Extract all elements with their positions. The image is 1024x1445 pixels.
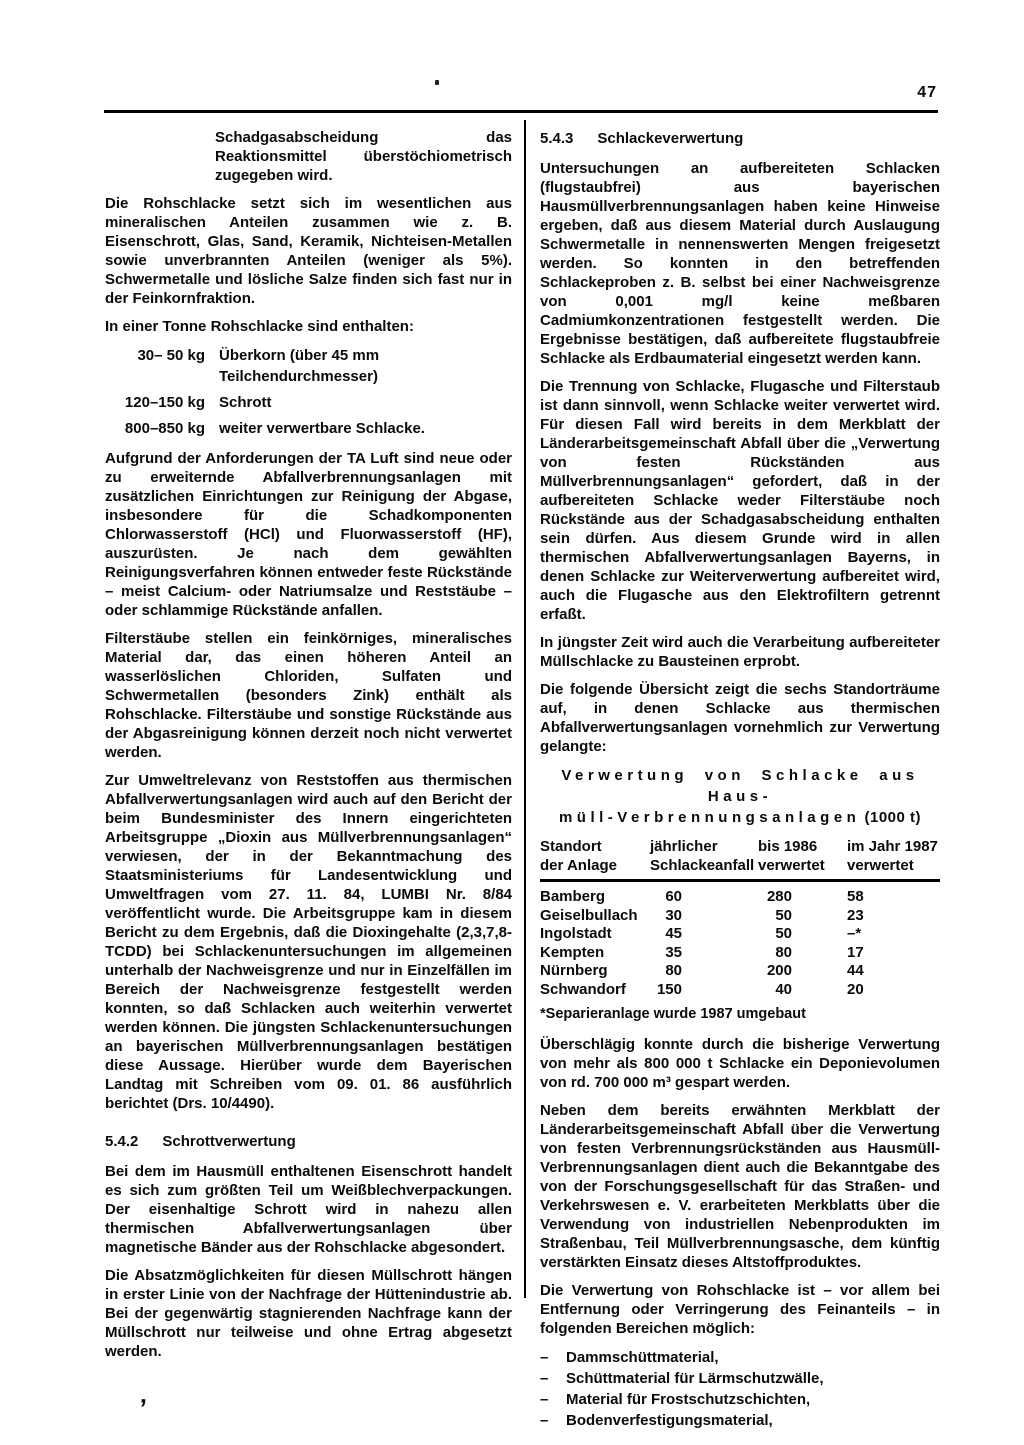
paragraph-verwertung-rohschlacke: Die Verwertung von Rohschlacke ist – vor… <box>540 1281 940 1338</box>
right-column: 5.4.3Schlackeverwertung Untersuchungen a… <box>540 128 940 1431</box>
cell-1987: 17 <box>847 944 940 963</box>
cell-anfall: 150 <box>650 981 758 1000</box>
dash-bullet: – <box>540 1368 566 1389</box>
table-title: Verwertung von Schlacke aus Haus- müll-V… <box>540 765 940 828</box>
cell-1987: 58 <box>847 881 940 907</box>
column-divider <box>524 120 526 1298</box>
paragraph-umweltrelevanz: Zur Umweltrelevanz von Reststoffen aus t… <box>105 771 512 1113</box>
cell-anfall: 80 <box>650 962 758 981</box>
list-item: – Bodenverfestigungsmaterial, <box>540 1410 940 1431</box>
list-item: – Material für Frostschutzschichten, <box>540 1389 940 1410</box>
cell-1987: –* <box>847 925 940 944</box>
quantity-description: Überkorn (über 45 mm Teilchendurchmesser… <box>205 345 512 387</box>
paragraph-tonne-intro: In einer Tonne Rohschlacke sind enthalte… <box>105 317 512 336</box>
table-row: Bamberg 60 280 58 <box>540 881 940 907</box>
cell-1987: 20 <box>847 981 940 1000</box>
cell-anfall: 45 <box>650 925 758 944</box>
section-title: Schlackeverwertung <box>597 130 743 147</box>
slag-utilization-table: Standortder Anlage jährlicherSchlackeanf… <box>540 837 940 999</box>
table-footnote: *Separieranlage wurde 1987 umgebaut <box>540 1005 940 1024</box>
dash-bullet: – <box>540 1347 566 1368</box>
quantity-description: Schrott <box>205 392 512 413</box>
cell-bis1986: 200 <box>758 962 847 981</box>
section-number: 5.4.3 <box>540 130 573 147</box>
table-header-row: Standortder Anlage jährlicherSchlackeanf… <box>540 837 940 881</box>
two-column-layout: Schadgasabscheidung das Reaktionsmittel … <box>105 128 940 1431</box>
cell-anfall: 35 <box>650 944 758 963</box>
cell-standort: Nürnberg <box>540 962 650 981</box>
column-header-1987: im Jahr 1987verwertet <box>847 837 940 881</box>
scan-speck <box>435 80 439 85</box>
contents-list: 30– 50 kg Überkorn (über 45 mm Teilchend… <box>105 345 512 439</box>
cell-standort: Geiselbullach <box>540 907 650 926</box>
scanned-document-page: 47 Schadgasabscheidung das Reaktionsmitt… <box>0 0 1024 1445</box>
list-item: 800–850 kg weiter verwertbare Schlacke. <box>105 418 512 439</box>
table-row: Nürnberg 80 200 44 <box>540 962 940 981</box>
paragraph-ta-luft: Aufgrund der Anforderungen der TA Luft s… <box>105 449 512 620</box>
cell-bis1986: 80 <box>758 944 847 963</box>
table-title-line2: müll-Verbrennungsanlagen <box>559 809 860 826</box>
usage-list: – Dammschüttmaterial, – Schüttmaterial f… <box>540 1347 940 1431</box>
cell-anfall: 30 <box>650 907 758 926</box>
cell-standort: Kempten <box>540 944 650 963</box>
dash-bullet: – <box>540 1410 566 1431</box>
page-number: 47 <box>880 83 937 102</box>
cell-1987: 44 <box>847 962 940 981</box>
paragraph-merkblatt: Neben dem bereits erwähnten Merkblatt de… <box>540 1101 940 1272</box>
paragraph-untersuchungen: Untersuchungen an aufbereiteten Schlacke… <box>540 159 940 368</box>
left-column: Schadgasabscheidung das Reaktionsmittel … <box>105 128 512 1370</box>
paragraph-rohschlacke: Die Rohschlacke setzt sich im wesentlich… <box>105 194 512 308</box>
cell-anfall: 60 <box>650 881 758 907</box>
cell-standort: Bamberg <box>540 881 650 907</box>
dash-bullet: – <box>540 1389 566 1410</box>
section-heading-5-4-2: 5.4.2Schrottverwertung <box>105 1132 512 1151</box>
header-rule <box>104 110 938 113</box>
paragraph-uebersicht: Die folgende Übersicht zeigt die sechs S… <box>540 680 940 756</box>
list-item: – Dammschüttmaterial, <box>540 1347 940 1368</box>
paragraph-bausteine: In jüngster Zeit wird auch die Verarbeit… <box>540 633 940 671</box>
cell-bis1986: 50 <box>758 907 847 926</box>
section-heading-5-4-3: 5.4.3Schlackeverwertung <box>540 129 940 148</box>
usage-text: Bodenverfestigungsmaterial, <box>566 1410 773 1431</box>
cell-standort: Ingolstadt <box>540 925 650 944</box>
table-title-unit: (1000 t) <box>865 809 922 826</box>
cell-bis1986: 280 <box>758 881 847 907</box>
paragraph-ueberschlaegig: Überschlägig konnte durch die bisherige … <box>540 1035 940 1092</box>
usage-text: Schüttmaterial für Lärmschutzwälle, <box>566 1368 824 1389</box>
list-item: 30– 50 kg Überkorn (über 45 mm Teilchend… <box>105 345 512 387</box>
cell-1987: 23 <box>847 907 940 926</box>
cell-bis1986: 50 <box>758 925 847 944</box>
section-number: 5.4.2 <box>105 1133 138 1150</box>
cell-bis1986: 40 <box>758 981 847 1000</box>
list-item: 120–150 kg Schrott <box>105 392 512 413</box>
usage-text: Dammschüttmaterial, <box>566 1347 719 1368</box>
paragraph-eisenschrott: Bei dem im Hausmüll enthaltenen Eisensch… <box>105 1162 512 1257</box>
column-gap <box>512 128 540 1431</box>
list-item: – Schüttmaterial für Lärmschutzwälle, <box>540 1368 940 1389</box>
paragraph-absatz: Die Absatzmöglichkeiten für diesen Mülls… <box>105 1266 512 1361</box>
section-title: Schrottverwertung <box>162 1133 295 1150</box>
paragraph-trennung: Die Trennung von Schlacke, Flugasche und… <box>540 377 940 624</box>
table-row: Geiselbullach 30 50 23 <box>540 907 940 926</box>
paragraph-continuation: Schadgasabscheidung das Reaktionsmittel … <box>105 128 512 185</box>
table-row: Schwandorf 150 40 20 <box>540 981 940 1000</box>
table-title-line1: Verwertung von Schlacke aus Haus- <box>561 767 918 805</box>
table-row: Ingolstadt 45 50 –* <box>540 925 940 944</box>
paragraph-filterstaeube: Filterstäube stellen ein feinkörniges, m… <box>105 629 512 762</box>
quantity-label: 120–150 kg <box>105 392 205 413</box>
column-header-bis1986: bis 1986verwertet <box>758 837 847 881</box>
usage-text: Material für Frostschutzschichten, <box>566 1389 810 1410</box>
cell-standort: Schwandorf <box>540 981 650 1000</box>
column-header-anfall: jährlicherSchlackeanfall <box>650 837 758 881</box>
quantity-label: 30– 50 kg <box>105 345 205 387</box>
quantity-description: weiter verwertbare Schlacke. <box>205 418 512 439</box>
table-row: Kempten 35 80 17 <box>540 944 940 963</box>
quantity-label: 800–850 kg <box>105 418 205 439</box>
column-header-standort: Standortder Anlage <box>540 837 650 881</box>
